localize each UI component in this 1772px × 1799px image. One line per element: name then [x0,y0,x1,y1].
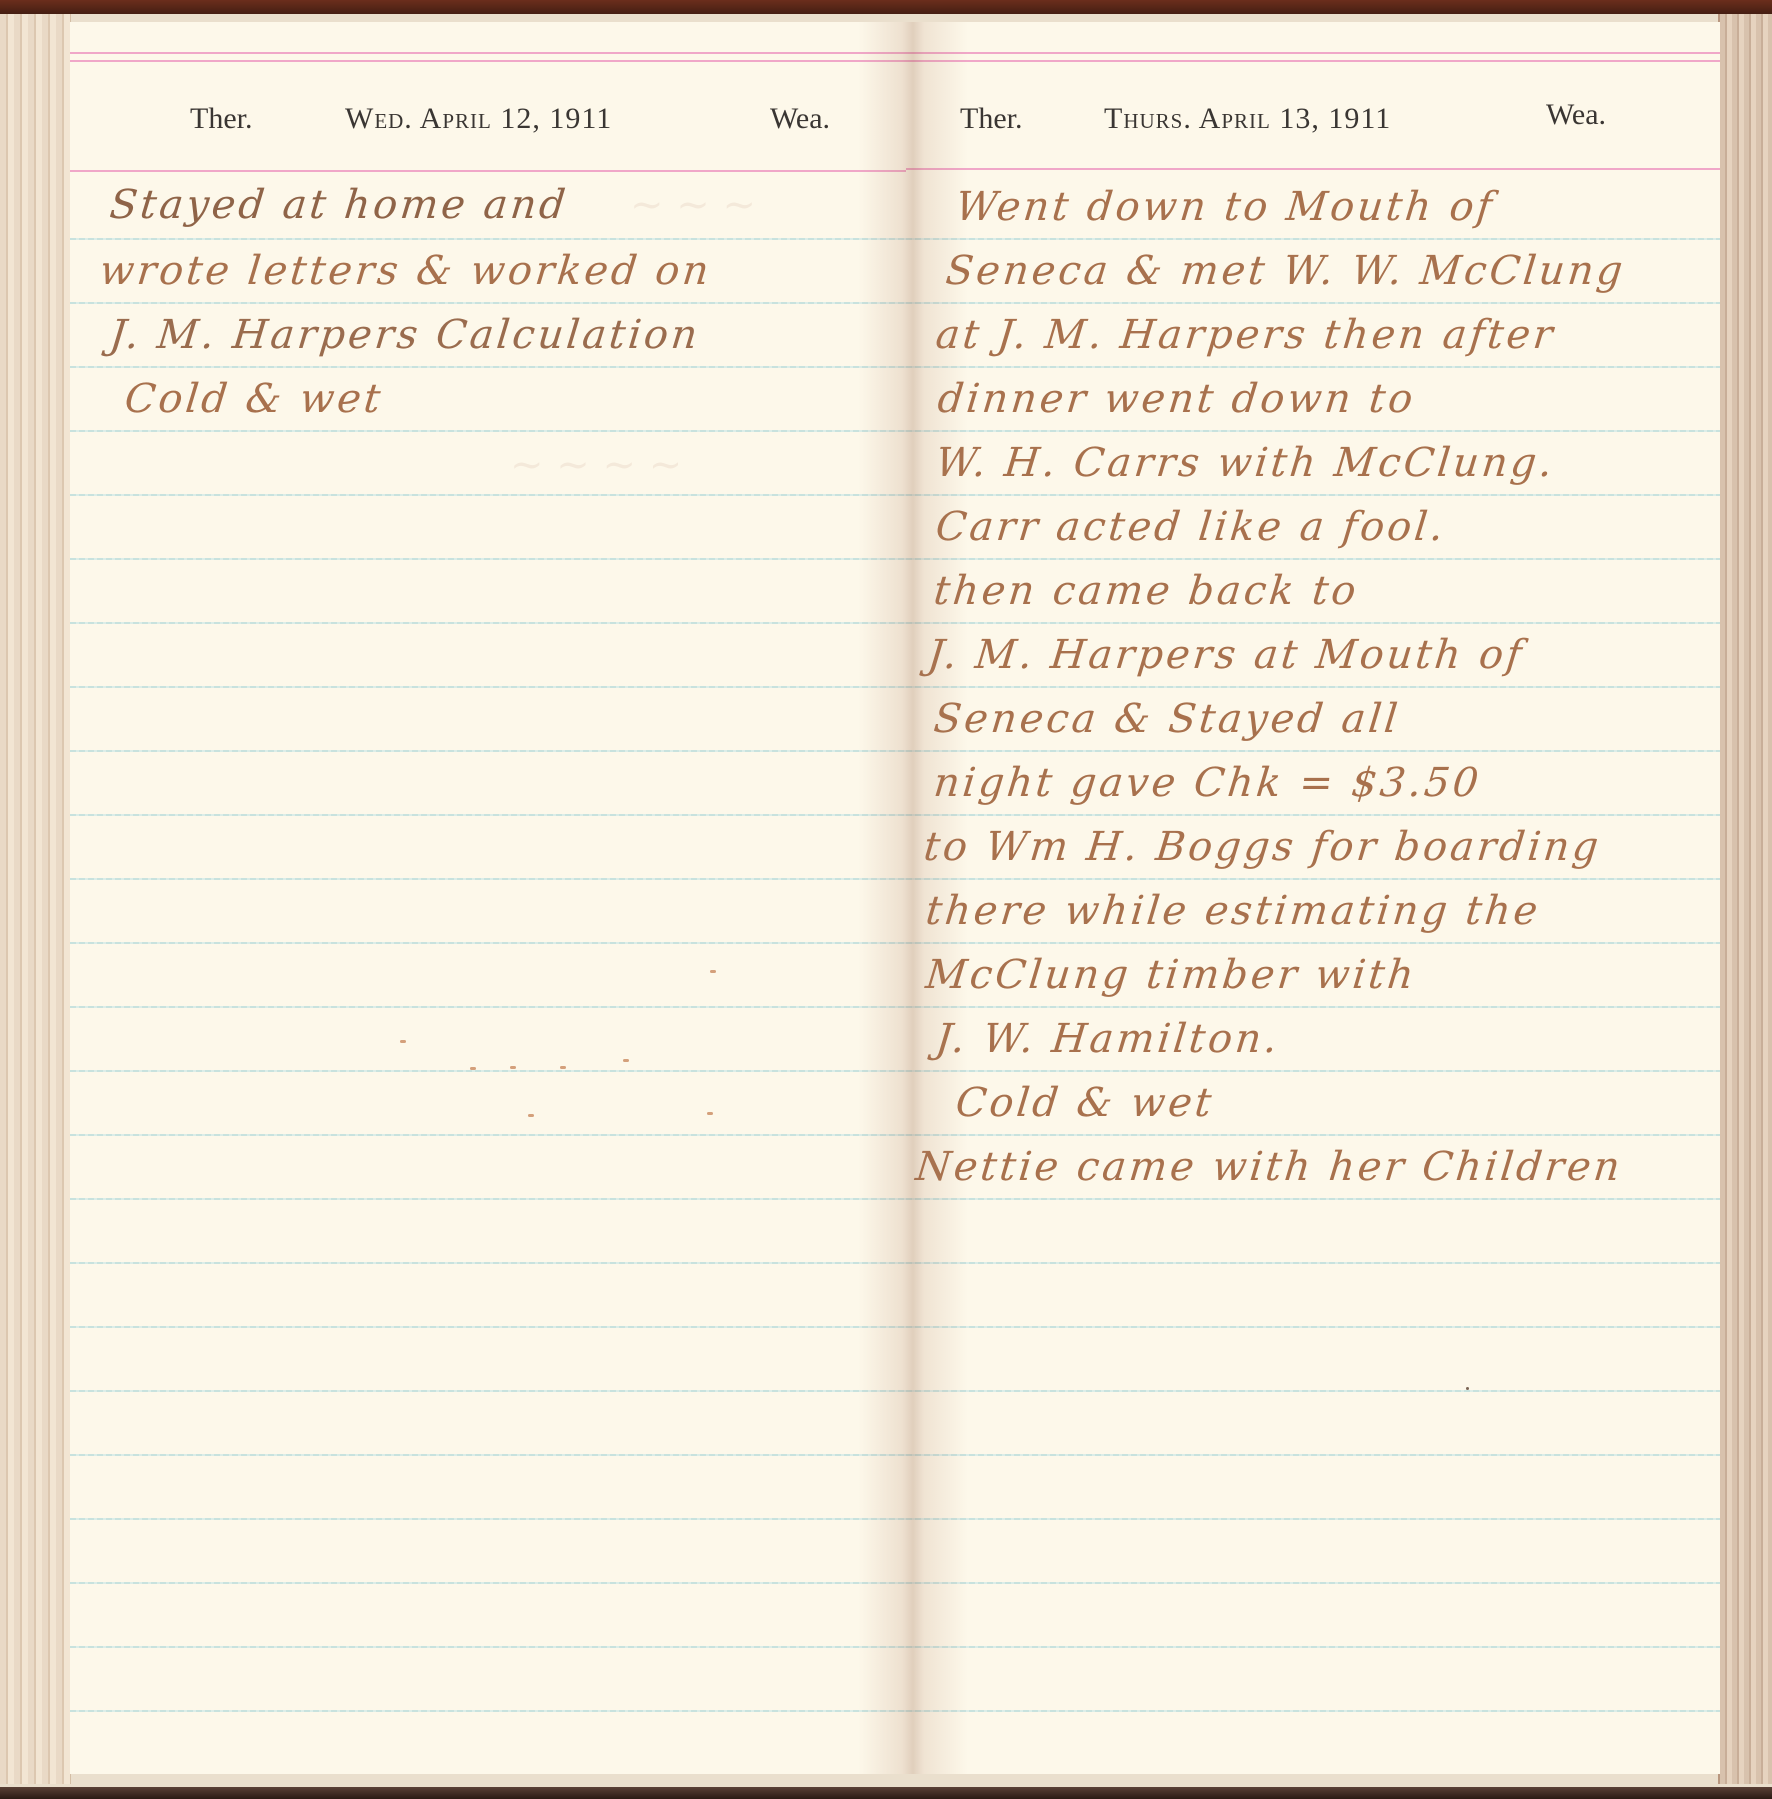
entry-line: J. M. Harpers Calculation [108,312,703,358]
entry-line: then came back to [932,568,1361,614]
page-stack-right-edge [1718,14,1772,1784]
ink-speck [1466,1387,1469,1390]
entry-line: McClung timber with [924,952,1419,998]
ink-speck [510,1066,516,1069]
diary-entry-april-13: Went down to Mouth of Seneca & met W. W.… [906,22,1720,1774]
entry-line: Stayed at home and [108,182,571,228]
entry-line: wrote letters & worked on [98,248,714,294]
entry-line: W. H. Carrs with McClung. [934,440,1558,486]
diary-page-april-12: Ther. Wed. April 12, 1911 Wea. ~ ~ ~ ~ ~… [70,22,906,1774]
entry-line: J. M. Harpers at Mouth of [926,632,1527,678]
ink-speck [623,1059,629,1062]
entry-line: Cold & wet [954,1080,1217,1126]
book-cover-bottom [0,1787,1772,1799]
entry-line: Carr acted like a fool. [934,504,1449,550]
ink-speck [470,1067,476,1070]
entry-line: Seneca & Stayed all [932,696,1403,742]
entry-line: Seneca & met W. W. McClung [944,248,1628,294]
entry-line: J. W. Hamilton. [934,1016,1283,1062]
entry-line: Went down to Mouth of [954,184,1497,230]
entry-line: Nettie came with her Children [914,1144,1625,1190]
entry-line: night gave Chk = $3.50 [932,760,1484,806]
diary-page-april-13: Ther. Thurs. April 13, 1911 Wea. Went do… [906,22,1720,1774]
diary-entry-april-12: Stayed at home and wrote letters & worke… [70,22,906,1774]
ink-speck [528,1114,534,1117]
entry-line: Cold & wet [123,376,386,422]
entry-line: dinner went down to [936,376,1418,422]
entry-line: at J. M. Harpers then after [934,312,1558,358]
page-stack-left-edge [0,14,71,1784]
entry-line: there while estimating the [924,888,1543,934]
ink-speck [707,1112,713,1115]
ink-speck [710,970,716,973]
ink-speck [400,1040,406,1043]
entry-line: to Wm H. Boggs for boarding [922,824,1604,870]
ink-speck [560,1066,566,1069]
